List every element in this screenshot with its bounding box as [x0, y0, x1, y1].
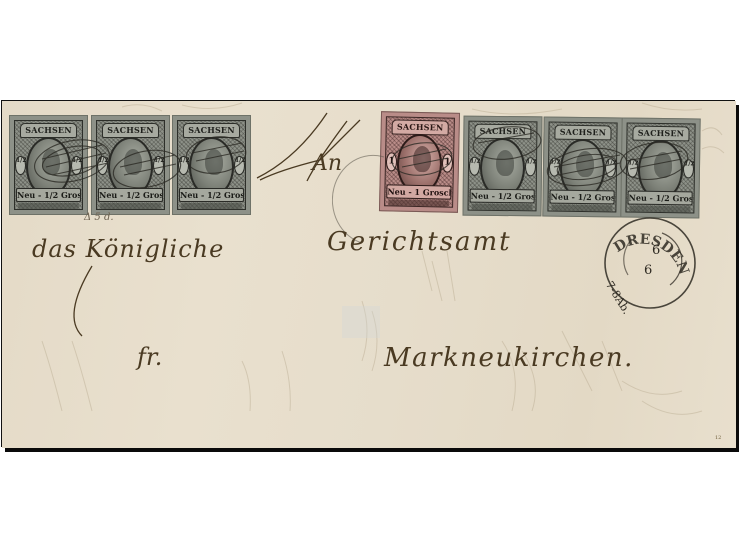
stamp-country-label: SACHSEN: [20, 123, 77, 138]
stamp-currency-label: Neu - 1/2 Grosch: [98, 188, 163, 202]
stamp-country-label: SACHSEN: [102, 123, 159, 138]
stamp-currency-label: Neu - 1/2 Grosch: [627, 191, 692, 206]
stamp-country-label: SACHSEN: [183, 123, 240, 138]
stamp-half-groschen-4: SACHSEN 1/2 1/2 Neu - 1/2 Grosch: [462, 116, 542, 217]
postal-cover: SACHSEN 1/2 1/2 Neu - 1/2 Grosch SACHSEN…: [2, 101, 736, 448]
corner-mark: 12: [715, 435, 721, 441]
stamp-one-groschen: SACHSEN 1 1 Neu - 1 Grosch: [379, 111, 460, 213]
stamp-value-right: 1/2: [153, 156, 164, 175]
franking-note: fr.: [137, 343, 162, 371]
stamp-value-left: 1/2: [97, 156, 108, 175]
address-line-1a: das Königliche: [32, 235, 224, 263]
stamp-half-groschen-5: SACHSEN 1/2 1/2 Neu - 1/2 Grosch: [542, 116, 622, 217]
stamp-half-groschen-6: SACHSEN 1/2 1/2 Neu - 1/2 Grosch: [620, 117, 700, 218]
stamp-value-right: 1/2: [71, 156, 82, 175]
stamp-half-groschen-1: SACHSEN 1/2 1/2 Neu - 1/2 Grosch: [9, 115, 88, 215]
stamp-currency-label: Neu - 1/2 Grosch: [179, 188, 244, 202]
salutation-text: An: [312, 151, 342, 176]
stamp-country-label: SACHSEN: [474, 124, 531, 140]
stamp-value-left: 1/2: [178, 156, 189, 175]
stamp-currency-label: Neu - 1/2 Grosch: [470, 189, 535, 204]
stamp-currency-label: Neu - 1 Grosch: [386, 184, 451, 199]
pencil-note: Δ 5 d.: [84, 212, 114, 223]
address-line-1b: Gerichtsamt: [327, 227, 512, 257]
stamp-currency-label: Neu - 1/2 Grosch: [549, 190, 614, 205]
stamp-currency-label: Neu - 1/2 Grosch: [16, 188, 81, 202]
stamp-value-left: 1/2: [15, 156, 26, 175]
stamp-half-groschen-3: SACHSEN 1/2 1/2 Neu - 1/2 Grosch: [172, 115, 251, 215]
destination-town: Markneukirchen.: [384, 343, 634, 373]
stamp-half-groschen-2: SACHSEN 1/2 1/2 Neu - 1/2 Grosch: [91, 115, 170, 215]
stamp-value-right: 1/2: [234, 156, 245, 175]
